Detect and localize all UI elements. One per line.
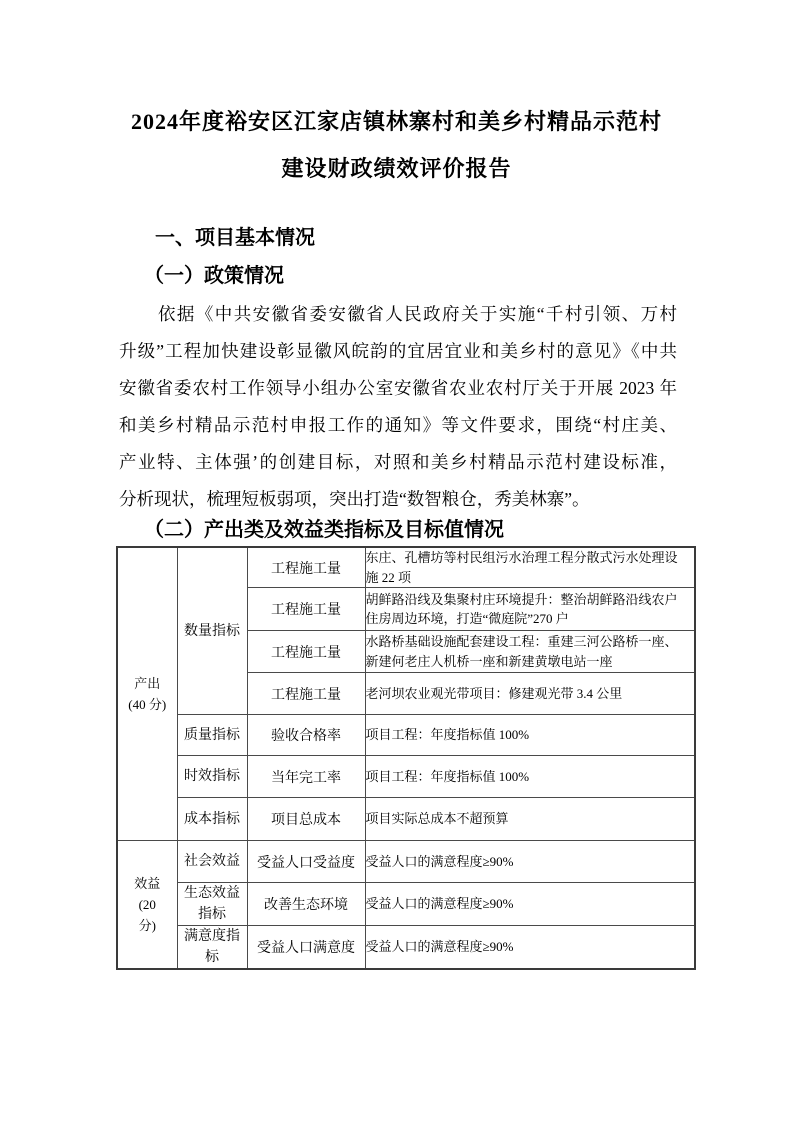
table-cell-indicator-name: 受益人口受益度 <box>247 841 365 883</box>
table-cell-indicator-name: 工程施工量 <box>247 673 365 715</box>
section-heading-policy: （一）政策情况 <box>144 259 284 288</box>
table-cell-social-benefit-group: 社会效益 <box>177 841 247 883</box>
paragraph-line: 和美乡村精品示范村申报工作的通知》等文件要求，围绕“村庄美、 <box>119 407 677 444</box>
paragraph-line: 升级”工程加快建设彰显徽风皖韵的宜居宜业和美乡村的意见》《中共 <box>119 333 677 370</box>
table-cell-quantity-indicator-group: 数量指标 <box>177 547 247 715</box>
table-cell-target-value: 水路桥基础设施配套建设工程：重建三河公路桥一座、 新建何老庄人机桥一座和新建黄墩… <box>365 631 695 673</box>
table-row: 满意度指 标 受益人口满意度 受益人口的满意程度≥90% <box>117 926 695 970</box>
table-cell-indicator-name: 验收合格率 <box>247 715 365 756</box>
table-cell-category-benefit: 效益 (20 分) <box>117 841 177 970</box>
table-cell-indicator-name: 工程施工量 <box>247 631 365 673</box>
document-title-line-1: 2024年度裕安区江家店镇林寨村和美乡村精品示范村 <box>0 98 793 145</box>
paragraph-line: 依据《中共安徽省委安徽省人民政府关于实施“千村引领、万村 <box>119 296 677 333</box>
table-cell-target-value: 胡鲜路沿线及集聚村庄环境提升：整治胡鲜路沿线农户 住房周边环境，打造“微庭院”2… <box>365 588 695 631</box>
indicators-table: 产出 (40 分) 数量指标 工程施工量 东庄、孔槽坊等村民组污水治理工程分散式… <box>116 546 696 970</box>
table-cell-satisfaction-indicator-group: 满意度指 标 <box>177 926 247 970</box>
paragraph-line: 安徽省委农村工作领导小组办公室安徽省农业农村厅关于开展 2023 年 <box>119 370 677 407</box>
table-cell-cost-indicator-group: 成本指标 <box>177 798 247 841</box>
table-cell-indicator-name: 受益人口满意度 <box>247 926 365 970</box>
table-cell-target-value: 受益人口的满意程度≥90% <box>365 926 695 970</box>
table-row: 效益 (20 分) 社会效益 受益人口受益度 受益人口的满意程度≥90% <box>117 841 695 883</box>
table-cell-target-value: 受益人口的满意程度≥90% <box>365 841 695 883</box>
document-title: 2024年度裕安区江家店镇林寨村和美乡村精品示范村 建设财政绩效评价报告 <box>0 98 793 192</box>
table-cell-indicator-name: 项目总成本 <box>247 798 365 841</box>
table-row: 质量指标 验收合格率 项目工程：年度指标值 100% <box>117 715 695 756</box>
table-row: 产出 (40 分) 数量指标 工程施工量 东庄、孔槽坊等村民组污水治理工程分散式… <box>117 547 695 588</box>
table-cell-quality-indicator-group: 质量指标 <box>177 715 247 756</box>
table-cell-indicator-name: 工程施工量 <box>247 588 365 631</box>
table-cell-target-value: 项目工程：年度指标值 100% <box>365 715 695 756</box>
section-heading-indicators: （二）产出类及效益类指标及目标值情况 <box>144 513 504 542</box>
table-cell-target-value: 受益人口的满意程度≥90% <box>365 883 695 926</box>
table-cell-ecological-benefit-group: 生态效益 指标 <box>177 883 247 926</box>
table-cell-target-value: 项目实际总成本不超预算 <box>365 798 695 841</box>
table-cell-category-output: 产出 (40 分) <box>117 547 177 841</box>
table-row: 成本指标 项目总成本 项目实际总成本不超预算 <box>117 798 695 841</box>
table-cell-target-value: 东庄、孔槽坊等村民组污水治理工程分散式污水处理设 施 22 项 <box>365 547 695 588</box>
document-page: 2024年度裕安区江家店镇林寨村和美乡村精品示范村 建设财政绩效评价报告 一、项… <box>0 0 793 1122</box>
section-heading-project-basic-info: 一、项目基本情况 <box>155 221 315 250</box>
table-cell-target-value: 项目工程：年度指标值 100% <box>365 756 695 798</box>
policy-paragraph: 依据《中共安徽省委安徽省人民政府关于实施“千村引领、万村 升级”工程加快建设彰显… <box>119 296 677 518</box>
table-cell-indicator-name: 改善生态环境 <box>247 883 365 926</box>
table-row: 时效指标 当年完工率 项目工程：年度指标值 100% <box>117 756 695 798</box>
table-row: 生态效益 指标 改善生态环境 受益人口的满意程度≥90% <box>117 883 695 926</box>
table-cell-indicator-name: 工程施工量 <box>247 547 365 588</box>
table-cell-target-value: 老河坝农业观光带项目：修建观光带 3.4 公里 <box>365 673 695 715</box>
table-cell-indicator-name: 当年完工率 <box>247 756 365 798</box>
paragraph-line: 产业特、主体强’的创建目标，对照和美乡村精品示范村建设标准， <box>119 444 677 481</box>
table-cell-timeliness-indicator-group: 时效指标 <box>177 756 247 798</box>
document-title-line-2: 建设财政绩效评价报告 <box>0 145 793 192</box>
